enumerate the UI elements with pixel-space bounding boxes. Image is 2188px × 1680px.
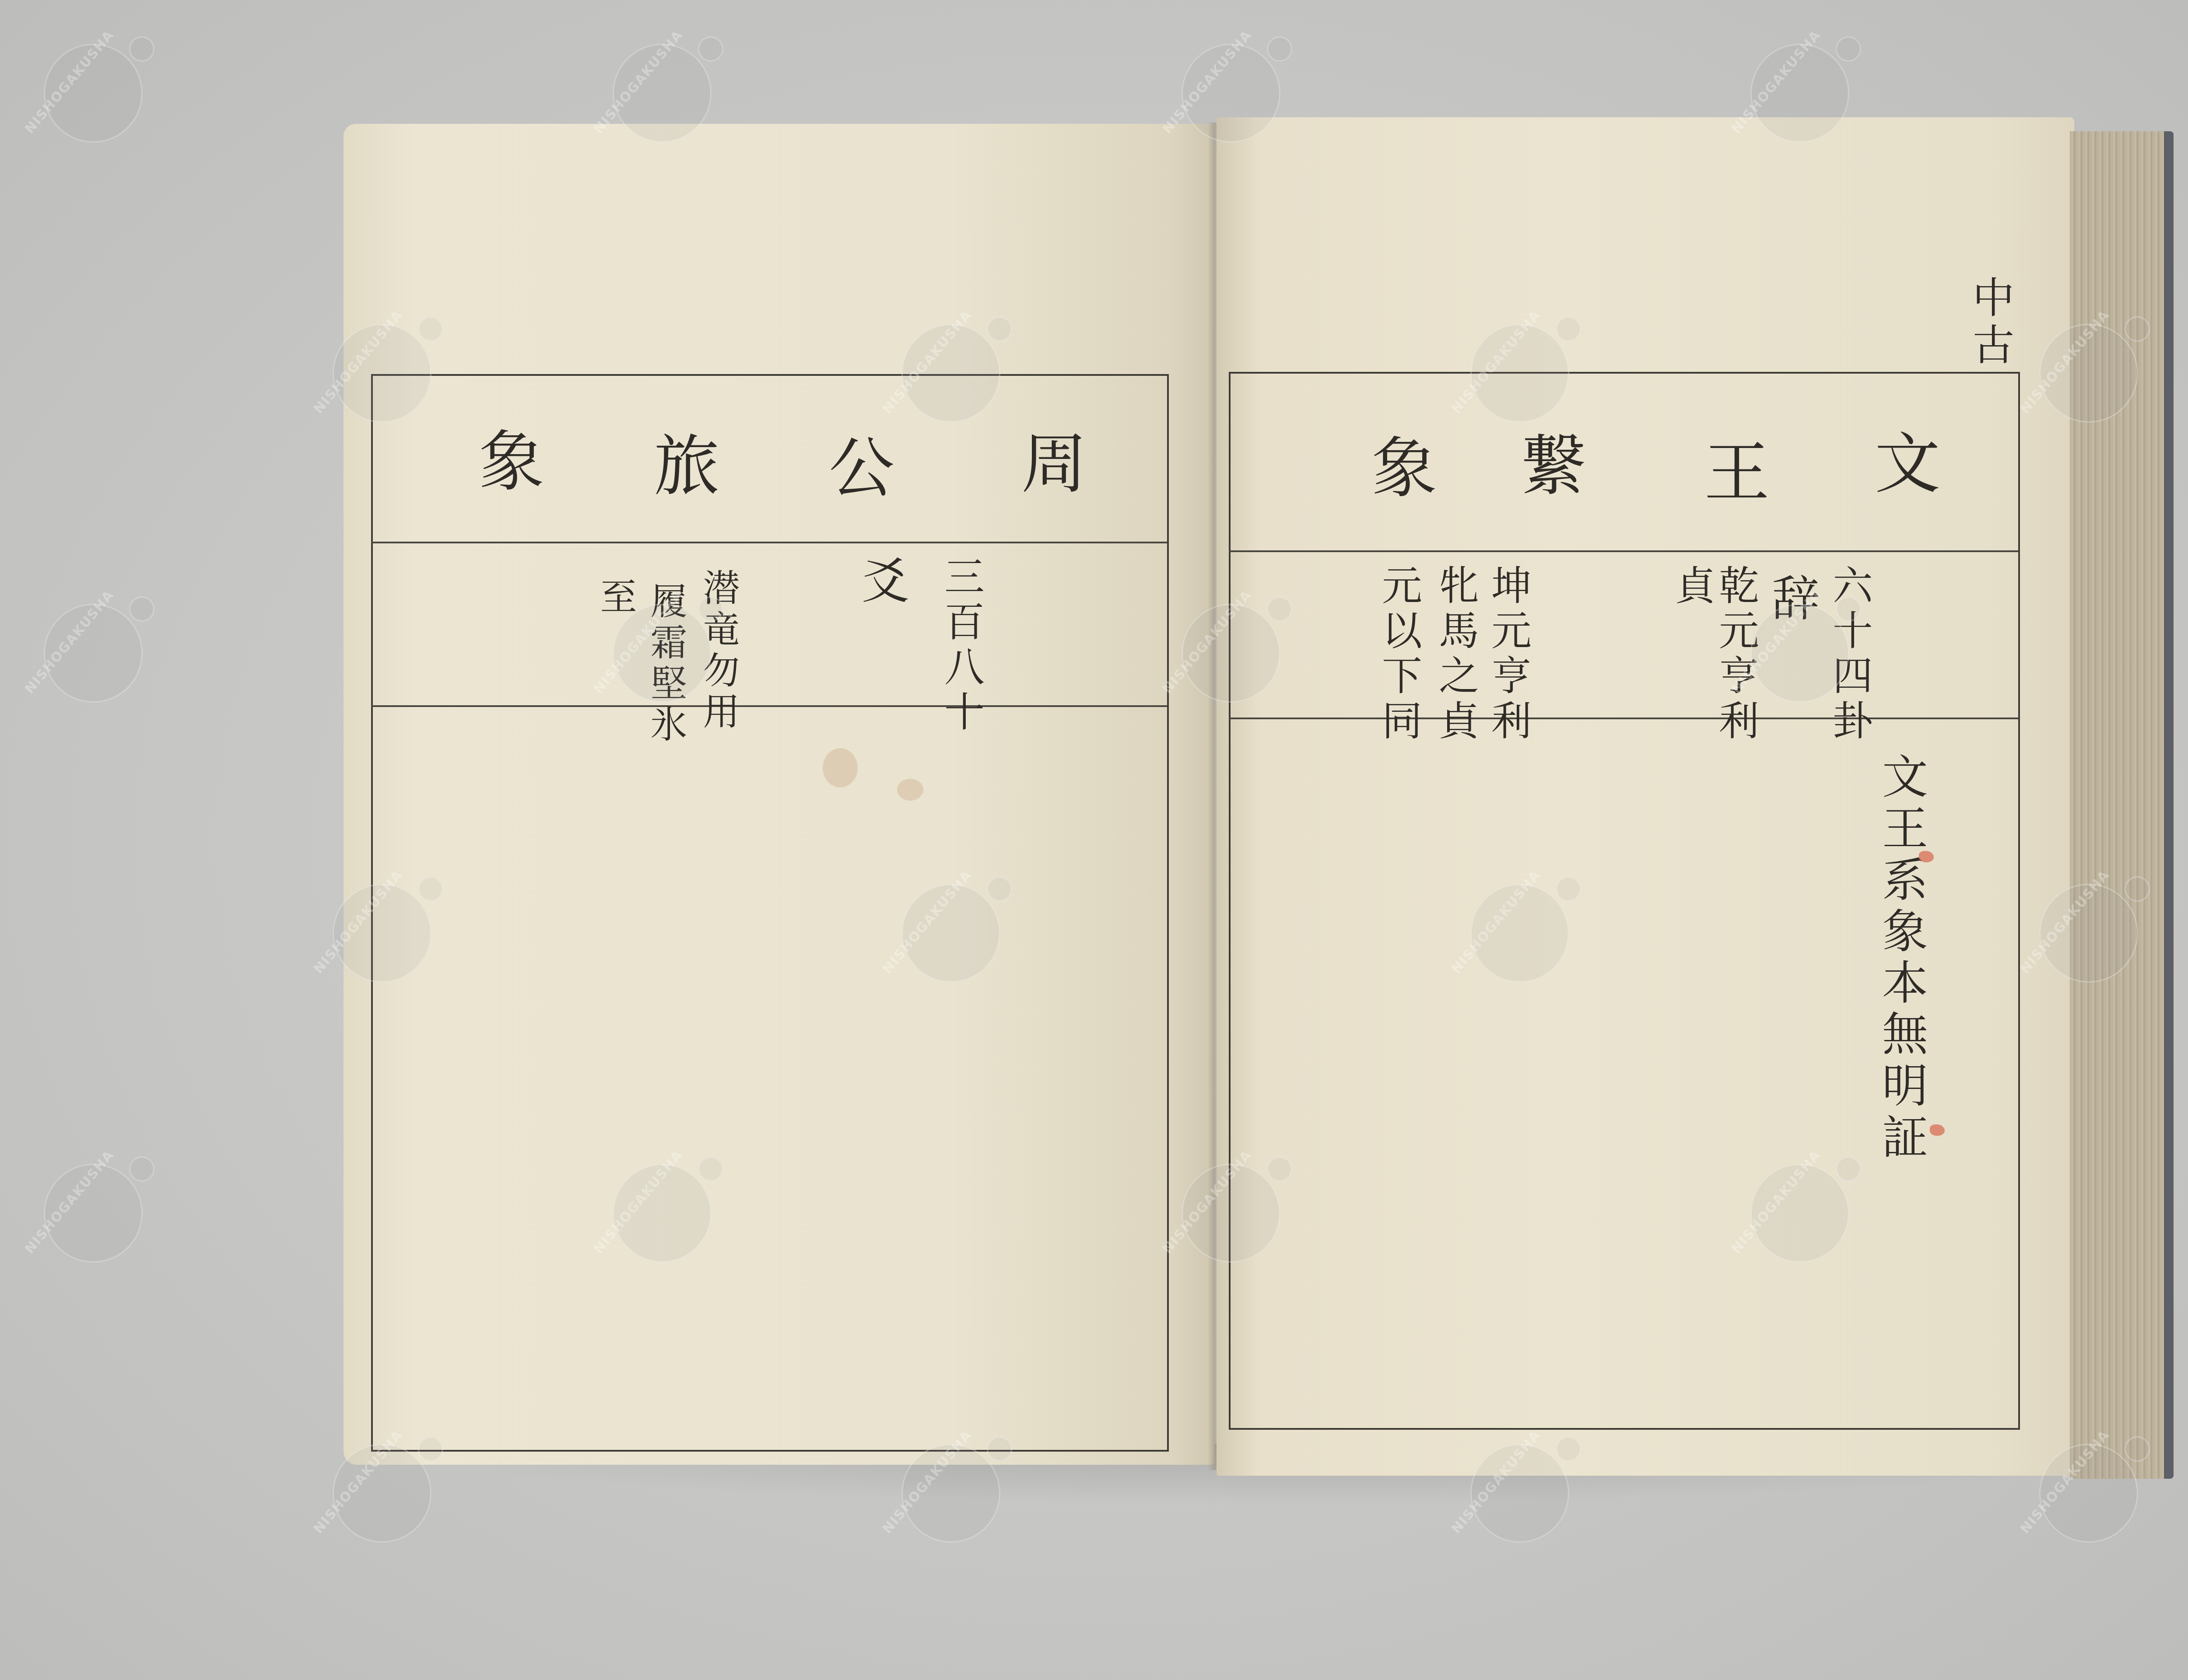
margin-note: 文王系象本無明証 bbox=[1869, 752, 1935, 1164]
left-title-divider bbox=[371, 542, 1167, 543]
right-subheader-divider bbox=[1229, 717, 2018, 719]
right-title-char-3: 繋 bbox=[1514, 431, 1580, 504]
red-correction-mark bbox=[1919, 851, 1934, 862]
right-sub-col7: 元以下同 bbox=[1378, 564, 1419, 745]
left-sub-col1: 三百八十 bbox=[941, 556, 981, 736]
right-sub-col4: 貞 bbox=[1672, 564, 1712, 609]
right-title-char-2: 王 bbox=[1698, 437, 1764, 511]
left-sub-col2: 爻 bbox=[858, 556, 906, 609]
left-title-char-3: 旅 bbox=[648, 431, 713, 504]
left-title-char-1: 周 bbox=[1015, 429, 1081, 502]
left-sub-col5: 至 bbox=[597, 577, 634, 619]
right-title-char-4: 象 bbox=[1365, 433, 1431, 507]
left-page-frame bbox=[371, 374, 1169, 1452]
left-title-char-2: 公 bbox=[823, 433, 888, 507]
right-title-char-1: 文 bbox=[1869, 429, 1934, 502]
corner-label: 中古 bbox=[1960, 276, 2020, 370]
right-sub-col6: 牝馬之貞 bbox=[1435, 564, 1476, 745]
red-correction-mark bbox=[1930, 1124, 1945, 1136]
right-sub-col5: 坤元亨利 bbox=[1488, 564, 1528, 745]
left-title-char-4: 象 bbox=[473, 427, 538, 500]
cover-edge bbox=[2164, 131, 2174, 1479]
left-subheader-divider bbox=[371, 705, 1167, 707]
right-sub-col3: 乾元亨利 bbox=[1715, 564, 1756, 745]
right-title-divider bbox=[1229, 550, 2018, 552]
